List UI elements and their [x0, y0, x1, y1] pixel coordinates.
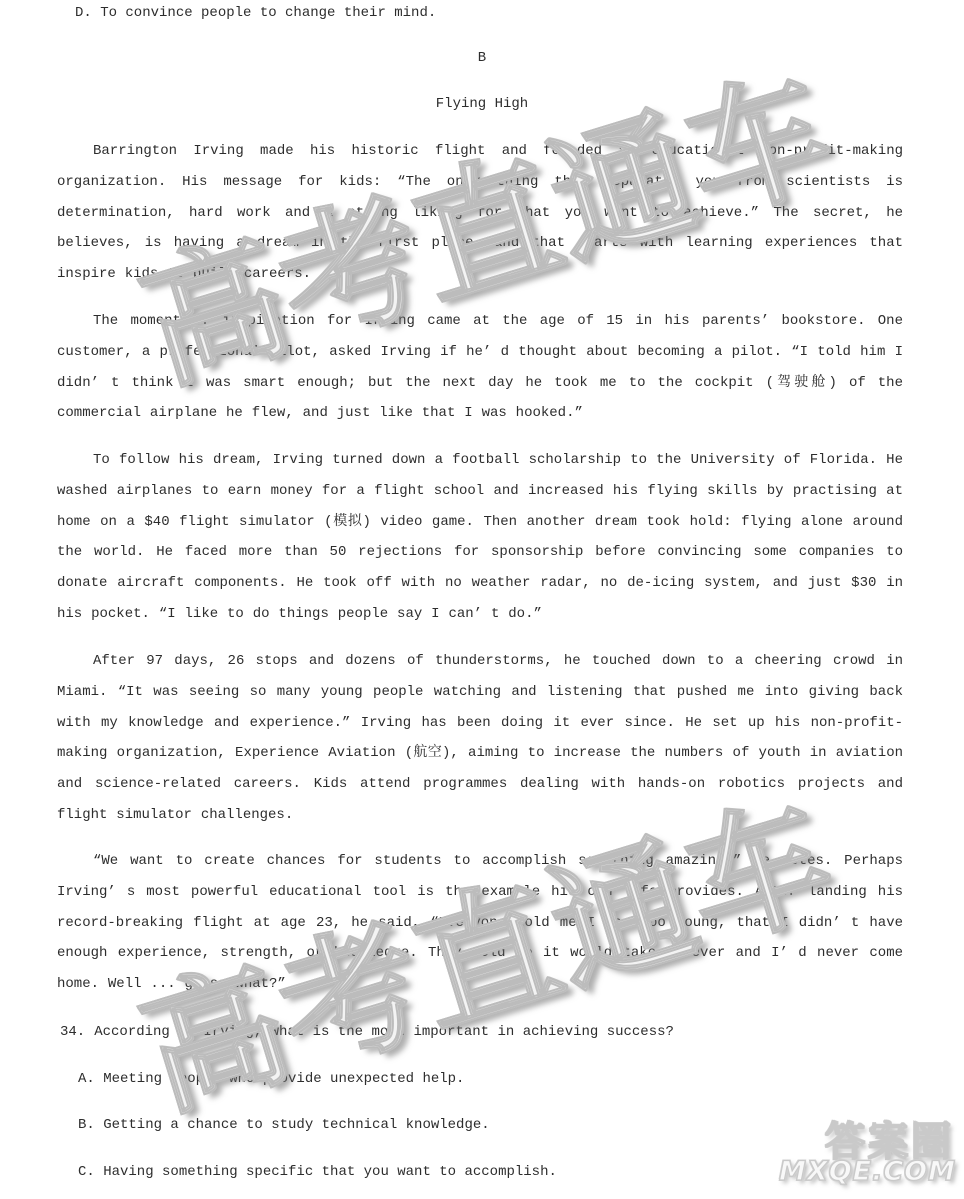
passage-paragraph-2: The moment of inspiration for Irving cam…	[57, 306, 903, 429]
previous-question-option-d: D. To convince people to change their mi…	[75, 0, 436, 29]
question-number: 34.	[60, 1024, 85, 1040]
question-34-option-b: B. Getting a chance to study technical k…	[78, 1110, 490, 1141]
section-label: B	[0, 43, 964, 74]
passage-title: Flying High	[0, 89, 964, 120]
answer-site-url: MXQE.COM	[779, 1156, 956, 1187]
passage-paragraph-3: To follow his dream, Irving turned down …	[57, 445, 903, 630]
question-34-option-a: A. Meeting people who provide unexpected…	[78, 1064, 464, 1095]
passage-paragraph-5: “We want to create chances for students …	[57, 846, 903, 1000]
question-text: According to Irving, what is the most im…	[94, 1024, 674, 1040]
passage-paragraph-4: After 97 days, 26 stops and dozens of th…	[57, 646, 903, 831]
question-34-option-c: C. Having something specific that you wa…	[78, 1157, 557, 1188]
question-34: 34.According to Irving, what is the most…	[60, 1017, 674, 1048]
exam-page: 高考直通车 高考直通车 D. To convince people to cha…	[0, 0, 964, 1199]
passage-paragraph-1: Barrington Irving made his historic flig…	[57, 136, 903, 290]
